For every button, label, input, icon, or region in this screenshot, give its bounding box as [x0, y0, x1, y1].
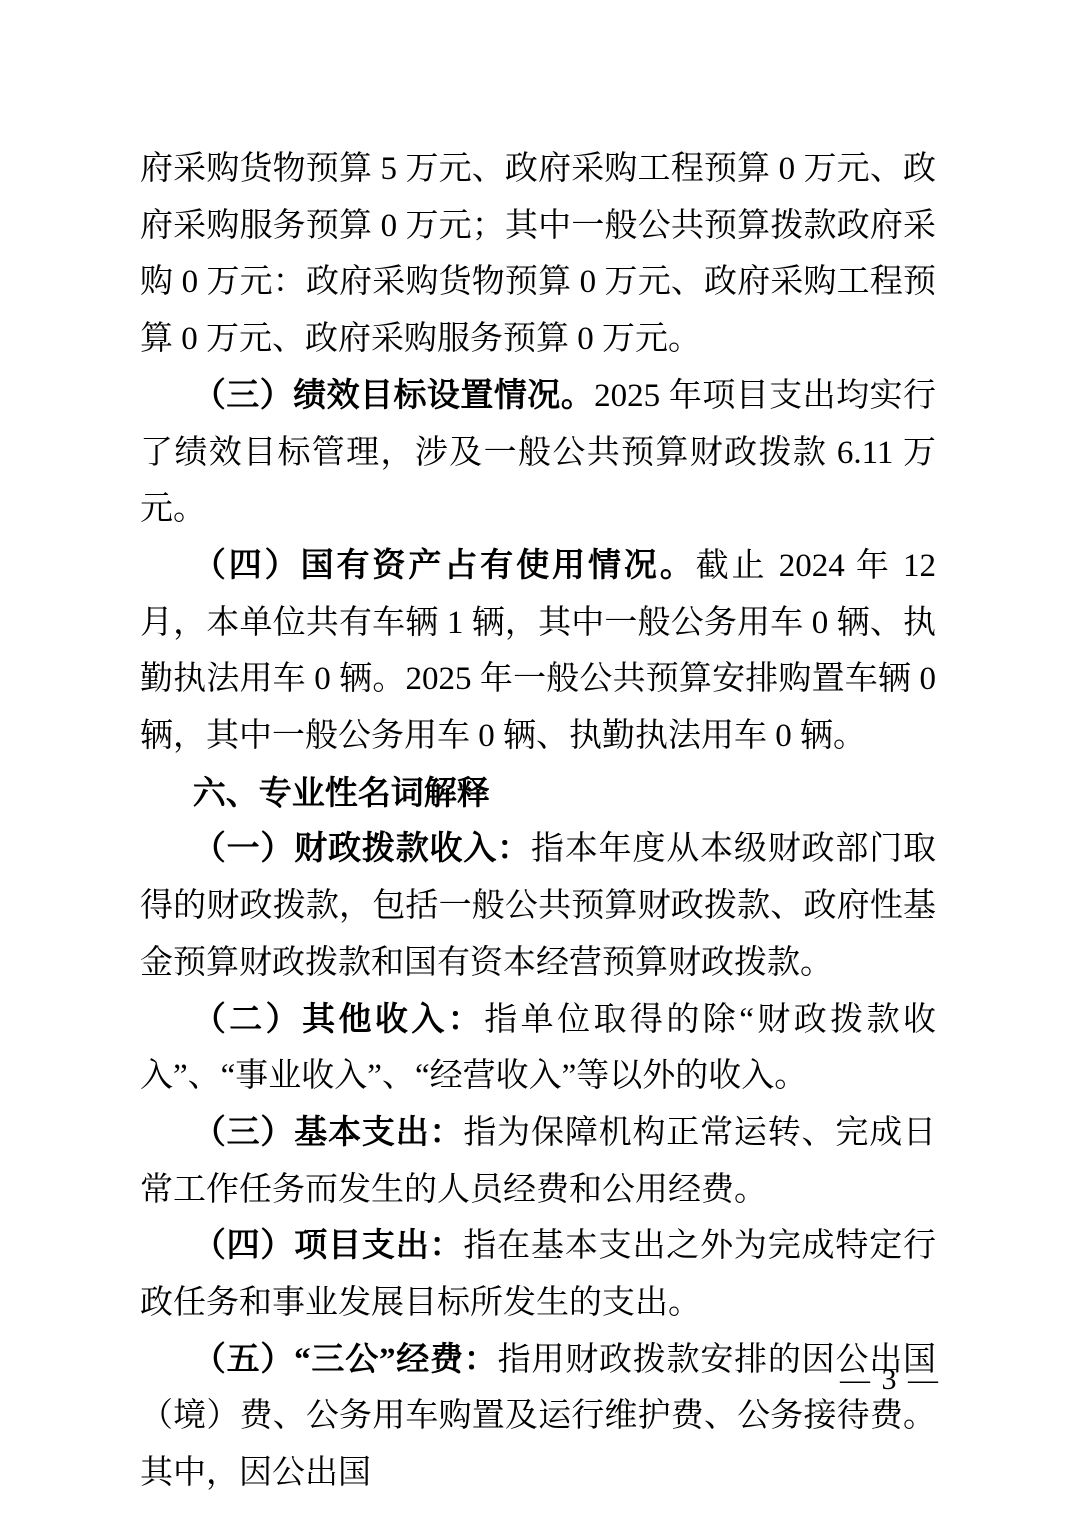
paragraph-term-three-public-funds: （五）“三公”经费：指用财政拨款安排的因公出国（境）费、公务用车购置及运行维护费…	[140, 1332, 936, 1502]
page-number: — 3 —	[840, 1362, 940, 1398]
paragraph-performance-targets: （三）绩效目标设置情况。2025 年项目支出均实行了绩效目标管理，涉及一般公共预…	[140, 368, 936, 538]
paragraph-lead: （三）绩效目标设置情况。	[193, 378, 594, 414]
paragraph-lead: （四）国有资产占有使用情况。	[193, 548, 696, 584]
paragraph-state-assets: （四）国有资产占有使用情况。截止 2024 年 12 月，本单位共有车辆 1 辆…	[140, 538, 936, 765]
paragraph-lead: （二）其他收入：	[193, 1002, 484, 1038]
paragraph-term-other-income: （二）其他收入：指单位取得的除“财政拨款收入”、“事业收入”、“经营收入”等以外…	[140, 992, 936, 1105]
section-heading-terms: 六、专业性名词解释	[140, 765, 936, 822]
paragraph-procurement-continuation: 府采购货物预算 5 万元、政府采购工程预算 0 万元、政府采购服务预算 0 万元…	[140, 141, 936, 368]
document-body: 府采购货物预算 5 万元、政府采购工程预算 0 万元、政府采购服务预算 0 万元…	[140, 141, 936, 1502]
paragraph-lead: （四）项目支出：	[193, 1228, 464, 1264]
paragraph-lead: （三）基本支出：	[193, 1115, 464, 1151]
paragraph-term-fiscal-appropriation: （一）财政拨款收入：指本年度从本级财政部门取得的财政拨款，包括一般公共预算财政拨…	[140, 821, 936, 991]
paragraph-term-project-expenditure: （四）项目支出：指在基本支出之外为完成特定行政任务和事业发展目标所发生的支出。	[140, 1218, 936, 1331]
document-page: 府采购货物预算 5 万元、政府采购工程预算 0 万元、政府采购服务预算 0 万元…	[0, 0, 1074, 1520]
paragraph-lead: （一）财政拨款收入：	[193, 831, 531, 867]
paragraph-lead: （五）“三公”经费：	[193, 1342, 498, 1378]
paragraph-term-basic-expenditure: （三）基本支出：指为保障机构正常运转、完成日常工作任务而发生的人员经费和公用经费…	[140, 1105, 936, 1218]
